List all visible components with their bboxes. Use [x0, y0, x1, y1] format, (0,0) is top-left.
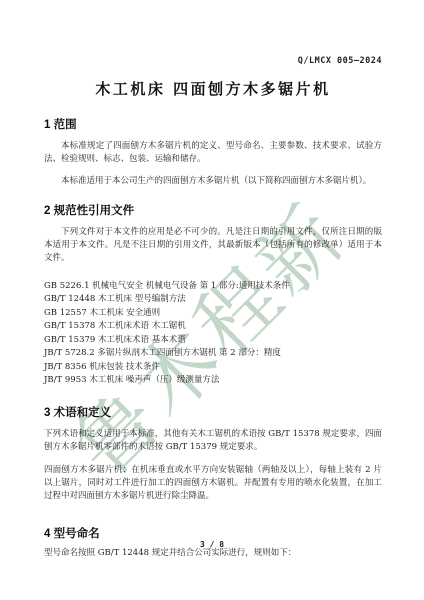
doc-number: Q/LMCX 005—2024 [44, 56, 382, 66]
reference-item: GB/T 15378 木工机床术语 木工锯机 [44, 320, 382, 334]
section3-heading: 3 术语和定义 [44, 404, 382, 420]
doc-title: 木工机床 四面刨方木多锯片机 [44, 78, 382, 99]
section1-paragraph-2: 本标准适用于本公司生产的四面刨方木多锯片机（以下简称四面刨方木多锯片机）。 [44, 175, 382, 188]
section3-paragraph-1: 下列术语和定义适用于本标准，其他有关木工锯机的术语按 GB/T 15378 规定… [44, 428, 382, 454]
reference-item: JB/T 9953 木工机床 噪声声（压）级测量方法 [44, 374, 382, 388]
reference-item: GB 5226.1 机械电气安全 机械电气设备 第 1 部分:通用技术条件 [44, 280, 382, 294]
section3-paragraph-2: 四面刨方木多锯片机：在机床垂直或水平方向安装锯轴（两轴及以上），每轴上装有 2 … [44, 464, 382, 503]
section4-heading: 4 型号命名 [44, 525, 382, 541]
section2-heading: 2 规范性引用文件 [44, 202, 382, 218]
reference-item: GB/T 15379 木工机床术语 基本术语 [44, 334, 382, 348]
references-list: GB 5226.1 机械电气安全 机械电气设备 第 1 部分:通用技术条件 GB… [44, 280, 382, 388]
document-page: 鲁木程新 Q/LMCX 005—2024 木工机床 四面刨方木多锯片机 1 范围… [0, 0, 424, 600]
page-number: 3 / 8 [0, 540, 424, 549]
section2-paragraph-1: 下列文件对于本文件的应用是必不可少的。凡是注日期的引用文件，仅所注日期的版本适用… [44, 226, 382, 265]
reference-item: JB/T 5728.2 多锯片纵剖木工四面刨方木锯机 第 2 部分：精度 [44, 347, 382, 361]
section1-paragraph-1: 本标准规定了四面刨方木多锯片机的定义、型号命名、主要参数、技术要求、试验方法、检… [44, 140, 382, 166]
reference-item: GB/T 12448 木工机床 型号编制方法 [44, 293, 382, 307]
reference-item: JB/T 8356 机床包装 技术条件 [44, 361, 382, 375]
document-content: Q/LMCX 005—2024 木工机床 四面刨方木多锯片机 1 范围 本标准规… [0, 0, 424, 560]
section1-heading: 1 范围 [44, 116, 382, 132]
reference-item: GB 12557 木工机床 安全通则 [44, 307, 382, 321]
